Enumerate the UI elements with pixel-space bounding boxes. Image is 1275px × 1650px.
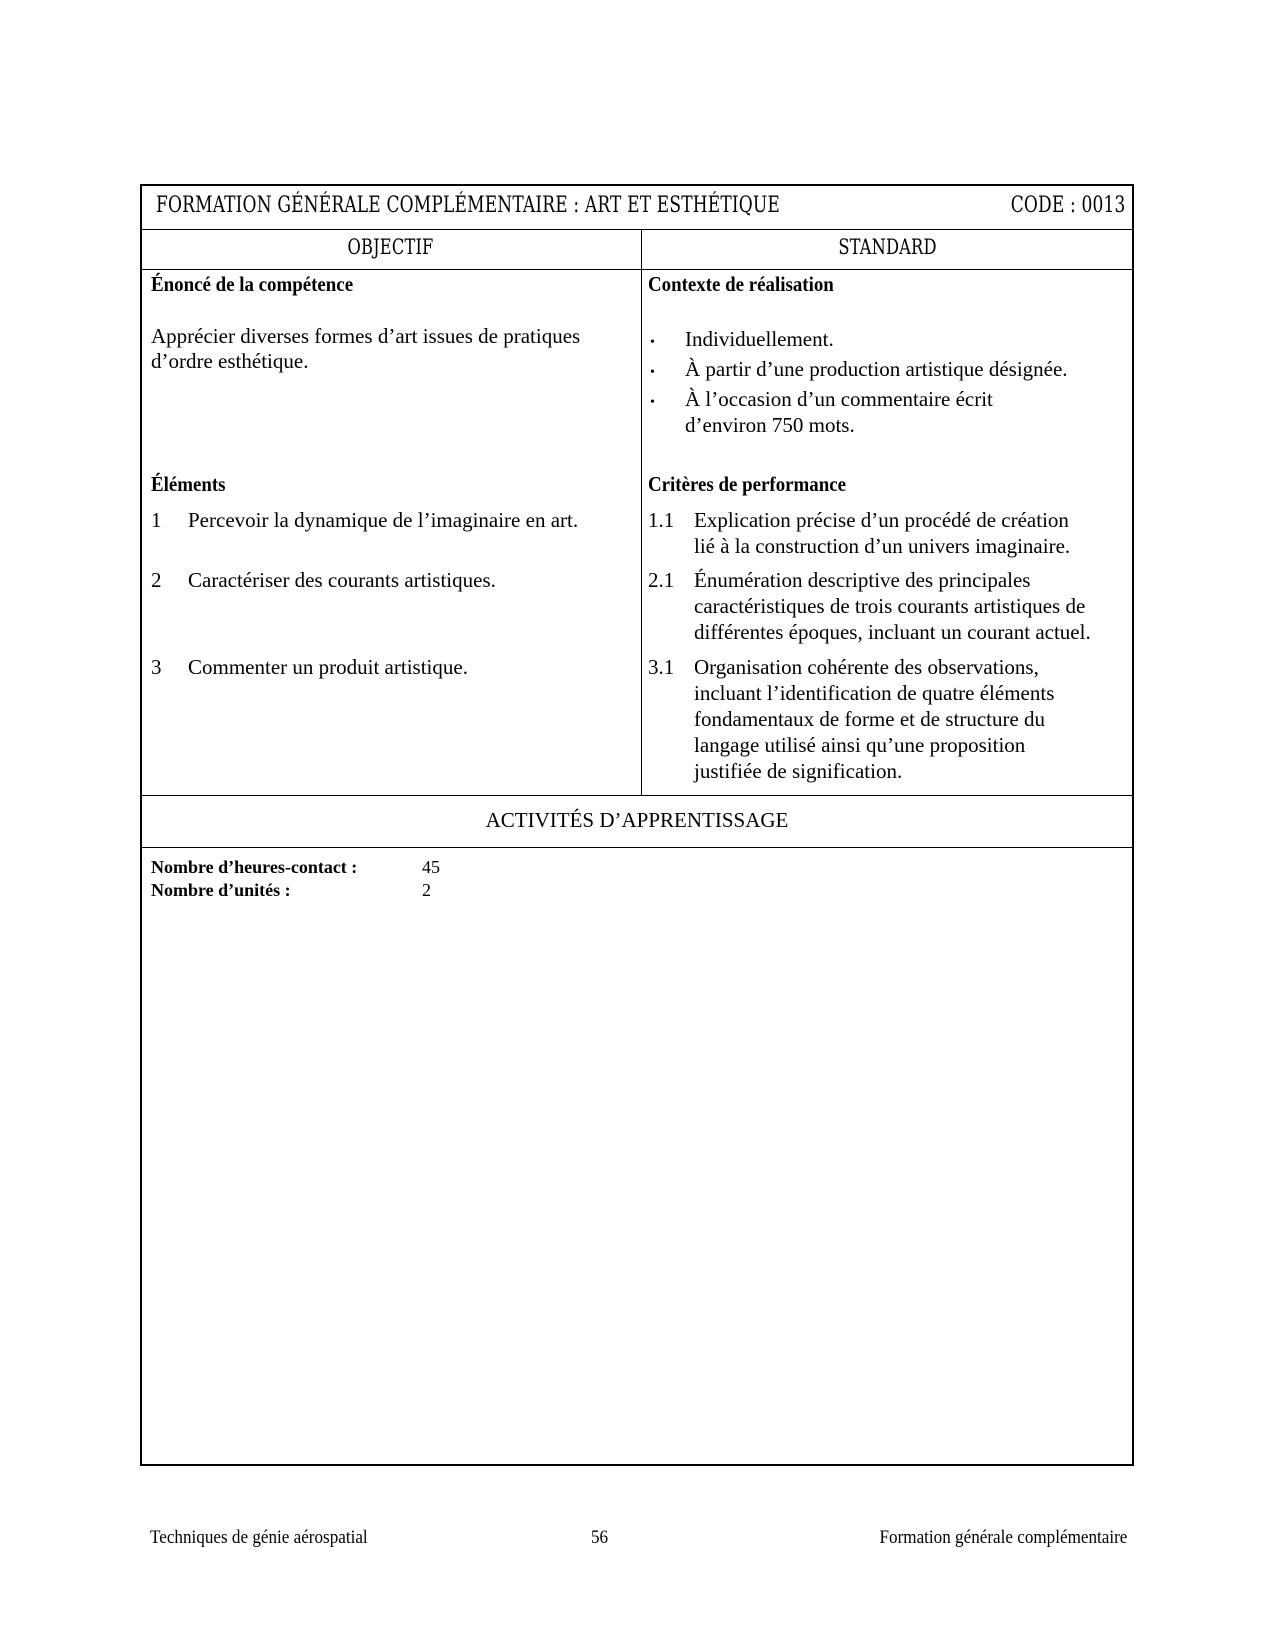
footer-program: Techniques de génie aérospatial (150, 1527, 368, 1549)
criteria-heading: Critères de performance (648, 472, 846, 497)
element-number: 2 (151, 568, 162, 593)
activities-heading: ACTIVITÉS D’APPRENTISSAGE (140, 808, 1134, 833)
footer-section: Formation générale complémentaire (879, 1527, 1127, 1549)
activities-bottom-divider (140, 847, 1134, 848)
criterion-text: lié à la construction d’un univers imagi… (694, 534, 1070, 559)
bullet-icon: • (650, 395, 655, 411)
competence-statement-line-1: Apprécier diverses formes d’art issues d… (151, 324, 580, 349)
column-header-standard: STANDARD (676, 235, 1100, 259)
hours-value: 45 (422, 857, 440, 878)
course-code: CODE : 0013 (1010, 193, 1125, 218)
criterion-text: Énumération descriptive des principales (694, 568, 1030, 593)
criterion-number: 1.1 (648, 508, 674, 533)
criterion-text: langage utilisé ainsi qu’une proposition (694, 733, 1025, 758)
page-number: 56 (591, 1527, 608, 1549)
element-text: Caractériser des courants artistiques. (188, 568, 496, 593)
context-item-text: À l’occasion d’un commentaire écrit (685, 387, 993, 412)
bullet-icon: • (650, 365, 655, 381)
column-divider (641, 229, 642, 795)
criterion-text: fondamentaux de forme et de structure du (694, 707, 1045, 732)
competence-heading: Énoncé de la compétence (151, 272, 353, 297)
element-text: Commenter un produit artistique. (188, 655, 468, 680)
criterion-text: incluant l’identification de quatre élém… (694, 681, 1054, 706)
context-item-text: Individuellement. (685, 327, 834, 352)
elements-heading: Éléments (151, 472, 226, 497)
header-divider (140, 229, 1134, 230)
column-header-objectif: OBJECTIF (175, 235, 606, 259)
element-number: 3 (151, 655, 162, 680)
context-item-text: d’environ 750 mots. (685, 413, 855, 438)
element-text: Percevoir la dynamique de l’imaginaire e… (188, 508, 578, 533)
hours-label: Nombre d’heures-contact : (151, 857, 357, 878)
units-value: 2 (422, 880, 431, 901)
criterion-number: 2.1 (648, 568, 674, 593)
column-header-divider (140, 269, 1134, 270)
context-item-text: À partir d’une production artistique dés… (685, 357, 1068, 382)
element-number: 1 (151, 508, 162, 533)
context-heading: Contexte de réalisation (648, 272, 834, 297)
criterion-text: Organisation cohérente des observations, (694, 655, 1039, 680)
criterion-text: différentes époques, incluant un courant… (694, 620, 1091, 645)
activities-top-divider (140, 795, 1134, 796)
bullet-icon: • (650, 335, 655, 351)
competence-statement-line-2: d’ordre esthétique. (151, 349, 308, 374)
course-title: FORMATION GÉNÉRALE COMPLÉMENTAIRE : ART … (156, 193, 780, 218)
criterion-text: Explication précise d’un procédé de créa… (694, 508, 1069, 533)
units-label: Nombre d’unités : (151, 880, 291, 901)
criterion-text: caractéristiques de trois courants artis… (694, 594, 1085, 619)
criterion-number: 3.1 (648, 655, 674, 680)
criterion-text: justifiée de signification. (694, 759, 902, 784)
